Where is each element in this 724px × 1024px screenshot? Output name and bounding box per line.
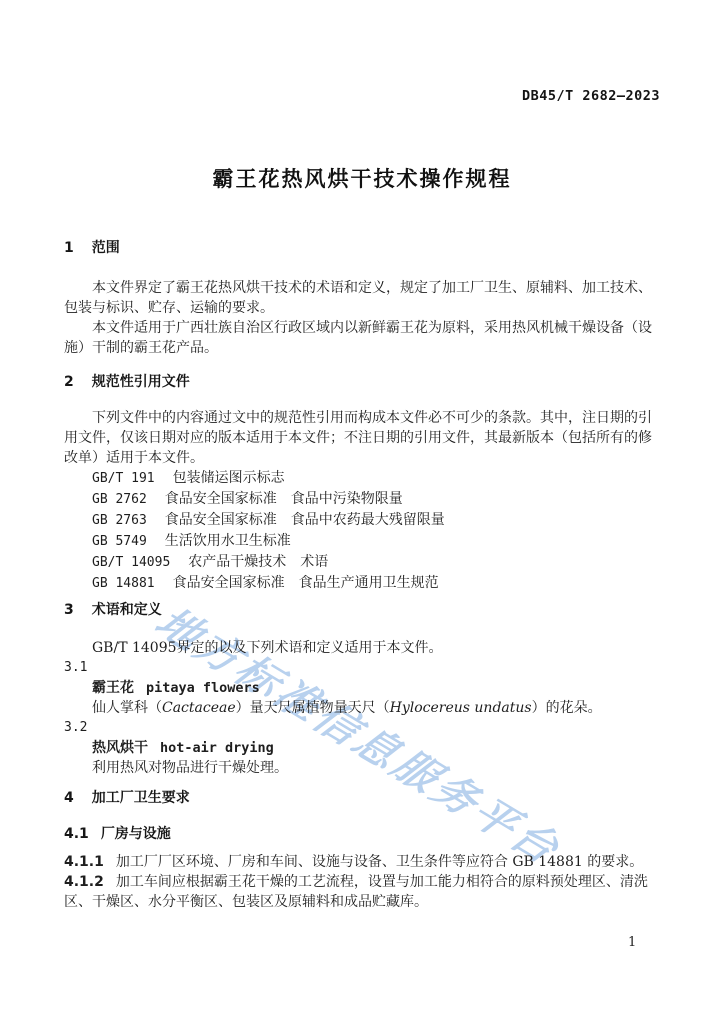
reference-title: 生活饮用水卫生标准 [165,533,291,549]
term-1-name: 霸王花pitaya flowers [64,678,660,698]
standard-code: DB45/T 2682—2023 [522,88,660,104]
clause-4-1-1: 4.1.1加工厂厂区环境、厂房和车间、设施与设备、卫生条件等应符合 GB 148… [64,852,660,872]
section-3-intro: GB/T 14095界定的以及下列术语和定义适用于本文件。 [64,638,660,658]
term-1-def-text: ）量天尺属植物量天尺（ [236,700,390,716]
page-content: 霸王花热风烘干技术操作规程 1范围 本文件界定了霸王花热风烘干技术的术语和定义，… [64,0,660,912]
reference-item: GB 14881食品安全国家标准 食品生产通用卫生规范 [64,573,660,594]
reference-code: GB/T 14095 [92,555,170,570]
term-2-name-zh: 热风烘干 [92,740,148,756]
reference-item: GB 2762食品安全国家标准 食品中污染物限量 [64,489,660,510]
clause-4-1-1-text: 加工厂厂区环境、厂房和车间、设施与设备、卫生条件等应符合 GB 14881 的要… [116,854,643,870]
term-1-def-text: 仙人掌科（ [92,700,162,716]
term-2-name-en: hot-air drying [160,740,274,756]
term-2-name: 热风烘干hot-air drying [64,738,660,758]
clause-4-1-1-number: 4.1.1 [64,854,104,870]
reference-title: 食品安全国家标准 食品中农药最大残留限量 [165,512,445,528]
clause-4-1-2: 4.1.2加工车间应根据霸王花干燥的工艺流程，设置与加工能力相符合的原料预处理区… [64,872,660,912]
section-1-paragraph-2: 本文件适用于广西壮族自治区行政区域内以新鲜霸王花为原料，采用热风机械干燥设备（设… [64,318,660,358]
reference-item: GB/T 14095农产品干燥技术 术语 [64,552,660,573]
term-1-latin-family: Cactaceae [162,700,236,716]
reference-code: GB 14881 [92,576,155,591]
reference-code: GB/T 191 [92,471,155,486]
section-2-title: 规范性引用文件 [92,374,190,390]
term-1-name-en: pitaya flowers [146,680,260,696]
reference-code: GB 2763 [92,513,147,528]
section-4-1-heading: 4.1厂房与设施 [64,824,660,844]
section-4-number: 4 [64,790,74,806]
reference-code: GB 2762 [92,492,147,507]
term-1-def-text: ）的花朵。 [532,700,602,716]
reference-item: GB 2763食品安全国家标准 食品中农药最大残留限量 [64,510,660,531]
term-2-number: 3.2 [64,718,660,738]
section-4-heading: 4加工厂卫生要求 [64,788,660,808]
reference-item: GB 5749生活饮用水卫生标准 [64,531,660,552]
section-4-1-title: 厂房与设施 [101,826,171,842]
section-4-1-number: 4.1 [64,826,89,842]
page-number: 1 [628,935,636,950]
section-3-number: 3 [64,602,74,618]
clause-4-1-2-text: 加工车间应根据霸王花干燥的工艺流程，设置与加工能力相符合的原料预处理区、清洗区、… [64,874,648,910]
section-1-paragraph-1: 本文件界定了霸王花热风烘干技术的术语和定义，规定了加工厂卫生、原辅料、加工技术、… [64,278,660,318]
term-1-number: 3.1 [64,658,660,678]
document-title: 霸王花热风烘干技术操作规程 [64,164,660,194]
normative-references-list: GB/T 191包装储运图示标志 GB 2762食品安全国家标准 食品中污染物限… [64,468,660,594]
section-2-number: 2 [64,374,74,390]
section-3-title: 术语和定义 [92,602,162,618]
clause-4-1-2-number: 4.1.2 [64,874,104,890]
reference-title: 食品安全国家标准 食品生产通用卫生规范 [173,575,439,591]
term-1-definition: 仙人掌科（Cactaceae）量天尺属植物量天尺（Hylocereus unda… [64,698,660,718]
section-2-heading: 2规范性引用文件 [64,372,660,392]
section-4-title: 加工厂卫生要求 [92,790,190,806]
reference-title: 食品安全国家标准 食品中污染物限量 [165,491,403,507]
section-2-intro: 下列文件中的内容通过文中的规范性引用而构成本文件必不可少的条款。其中，注日期的引… [64,408,660,468]
document-page: 地方标准信息服务平台 DB45/T 2682—2023 霸王花热风烘干技术操作规… [0,0,724,1024]
reference-title: 包装储运图示标志 [173,470,285,486]
reference-title: 农产品干燥技术 术语 [188,554,328,570]
term-1-name-zh: 霸王花 [92,680,134,696]
section-3-heading: 3术语和定义 [64,600,660,620]
section-1-number: 1 [64,240,74,256]
reference-code: GB 5749 [92,534,147,549]
section-1-heading: 1范围 [64,238,660,258]
section-1-title: 范围 [92,240,120,256]
reference-item: GB/T 191包装储运图示标志 [64,468,660,489]
term-2-definition: 利用热风对物品进行干燥处理。 [64,758,660,778]
term-1-latin-species: Hylocereus undatus [390,700,532,716]
